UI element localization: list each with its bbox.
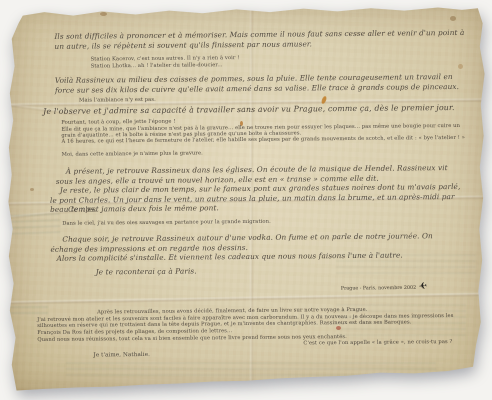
letter-line-paris: Je te raconterai ça à Paris. <box>96 266 197 276</box>
letter-paragraph: Voilà Rassineux au milieu des caisses de… <box>55 72 465 95</box>
letter-line: Moi, dans cette ambiance je n'aime plus … <box>62 150 203 158</box>
signature: Je t'aime, Nathalie. <box>93 352 150 359</box>
photo-of-letter: Ils sont difficiles à prononcer et à mém… <box>0 0 492 400</box>
letter-text: Ils sont difficiles à prononcer et à mém… <box>0 0 492 400</box>
dateline-text: Prague - Paris, novembre 2002 <box>341 286 416 292</box>
letter-paragraph: Ils sont difficiles à prononcer et à mém… <box>54 28 464 51</box>
letter-line-ambiance: Mais l'ambiance n'y est pas. <box>79 97 156 104</box>
letter-paragraph-emphasis: Je l'observe et j'admire sa capacité à t… <box>43 103 467 117</box>
letter-line-pont: Ce n'est jamais deux fois le même pont. <box>68 203 219 214</box>
aged-paper: Ils sont difficiles à prononcer et à mém… <box>6 4 486 392</box>
letter-line-oies: Dans le ciel, j'ai vu des oies sauvages … <box>62 219 271 227</box>
letter-line-station-lhotka: Station Lhotka... ah ! l'atelier du tail… <box>91 62 223 70</box>
letter-line-grace: C'est ce que l'on appelle « la grâce », … <box>303 339 452 347</box>
letter-paragraph-small: J'ai retrouvé mon atelier et les souveni… <box>37 313 465 330</box>
letter-sheet: Ils sont difficiles à prononcer et à mém… <box>6 4 486 392</box>
airplane-icon: ✈ <box>419 284 428 291</box>
dateline: Prague - Paris, novembre 2002✈ <box>341 284 428 292</box>
